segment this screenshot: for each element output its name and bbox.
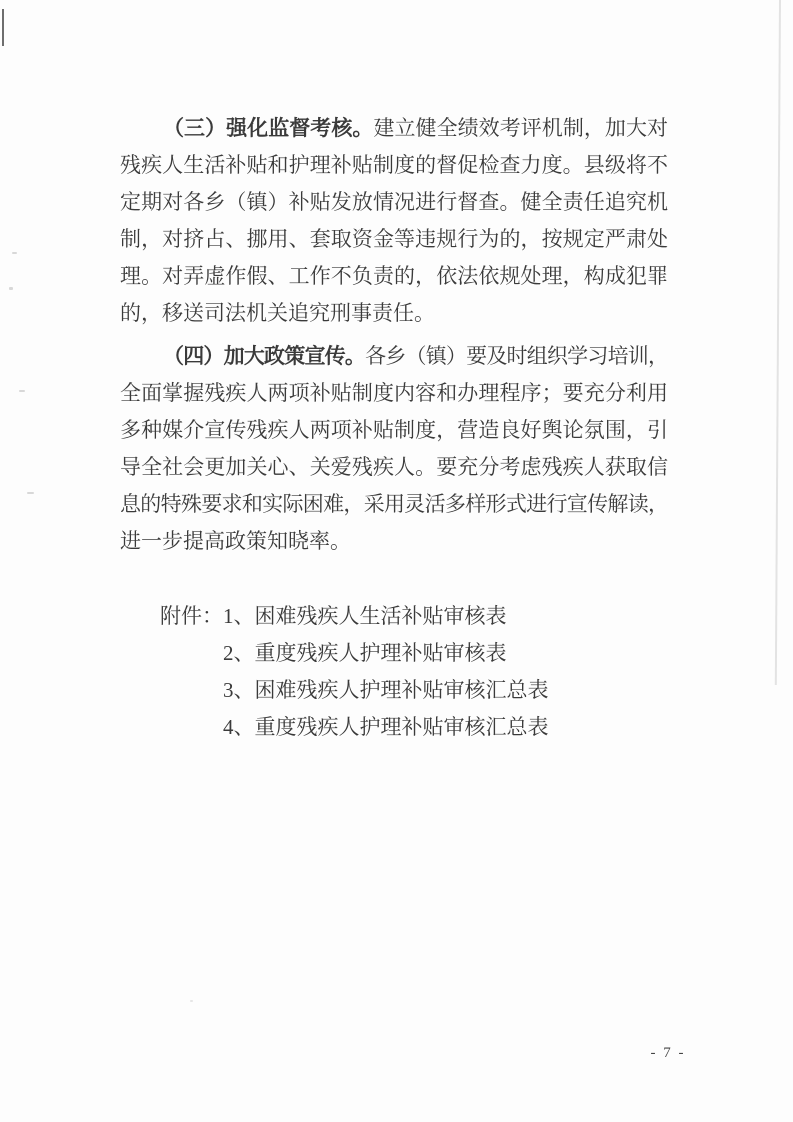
paragraph-line: 定期对各乡（镇）补贴发放情况进行督查。健全责任追究机	[120, 184, 668, 221]
scan-speck	[27, 492, 34, 494]
section-heading: （四）加大政策宣传。	[163, 344, 365, 368]
section-heading: （三）强化监督考核。	[163, 116, 373, 140]
scan-speck	[9, 287, 13, 290]
paragraph-line: 息的特殊要求和实际困难，采用灵活多样形式进行宣传解读，	[120, 486, 668, 523]
paragraph-section-3: （三）强化监督考核。建立健全绩效考评机制，加大对 残疾人生活补贴和护理补贴制度的…	[120, 110, 668, 332]
paragraph-line: 的，移送司法机关追究刑事责任。	[120, 295, 668, 332]
document-page: （三）强化监督考核。建立健全绩效考评机制，加大对 残疾人生活补贴和护理补贴制度的…	[0, 0, 793, 1122]
document-body: （三）强化监督考核。建立健全绩效考评机制，加大对 残疾人生活补贴和护理补贴制度的…	[120, 110, 668, 746]
attachments-block: 附件： 1、困难残疾人生活补贴审核表 2、重度残疾人护理补贴审核表 3、困难残疾…	[120, 598, 668, 746]
paragraph-line: 残疾人生活补贴和护理补贴制度的督促检查力度。县级将不	[120, 147, 668, 184]
paragraph-line: 多种媒介宣传残疾人两项补贴制度，营造良好舆论氛围，引	[120, 412, 668, 449]
paragraph-line: 制，对挤占、挪用、套取资金等违规行为的，按规定严肃处	[120, 221, 668, 258]
paragraph-line: （三）强化监督考核。建立健全绩效考评机制，加大对	[120, 110, 668, 147]
attachments-list: 1、困难残疾人生活补贴审核表 2、重度残疾人护理补贴审核表 3、困难残疾人护理补…	[223, 598, 668, 746]
attachment-item: 4、重度残疾人护理补贴审核汇总表	[223, 709, 668, 746]
attachment-item: 2、重度残疾人护理补贴审核表	[223, 635, 668, 672]
scan-line-right	[775, 0, 781, 685]
paragraph-text: 各乡（镇）要及时组织学习培训，	[365, 344, 668, 368]
scan-speck	[12, 252, 17, 254]
scan-speck	[19, 390, 25, 392]
scan-edge-line-left	[2, 9, 4, 46]
paragraph-line: 进一步提高政策知晓率。	[120, 523, 668, 560]
paragraph-line: 全面掌握残疾人两项补贴制度内容和办理程序；要充分利用	[120, 375, 668, 412]
paragraph-line: 理。对弄虚作假、工作不负责的，依法依规处理，构成犯罪	[120, 258, 668, 295]
paragraph-line: 导全社会更加关心、关爱残疾人。要充分考虑残疾人获取信	[120, 449, 668, 486]
attachment-item: 3、困难残疾人护理补贴审核汇总表	[223, 672, 668, 709]
paragraph-text: 建立健全绩效考评机制，加大对	[373, 116, 668, 140]
page-number: - 7 -	[640, 1045, 696, 1062]
attachment-item: 1、困难残疾人生活补贴审核表	[223, 598, 668, 635]
paragraph-line: （四）加大政策宣传。各乡（镇）要及时组织学习培训，	[120, 338, 668, 375]
attachments-label: 附件：	[160, 598, 223, 746]
scan-speck	[190, 1000, 193, 1002]
paragraph-section-4: （四）加大政策宣传。各乡（镇）要及时组织学习培训， 全面掌握残疾人两项补贴制度内…	[120, 338, 668, 560]
